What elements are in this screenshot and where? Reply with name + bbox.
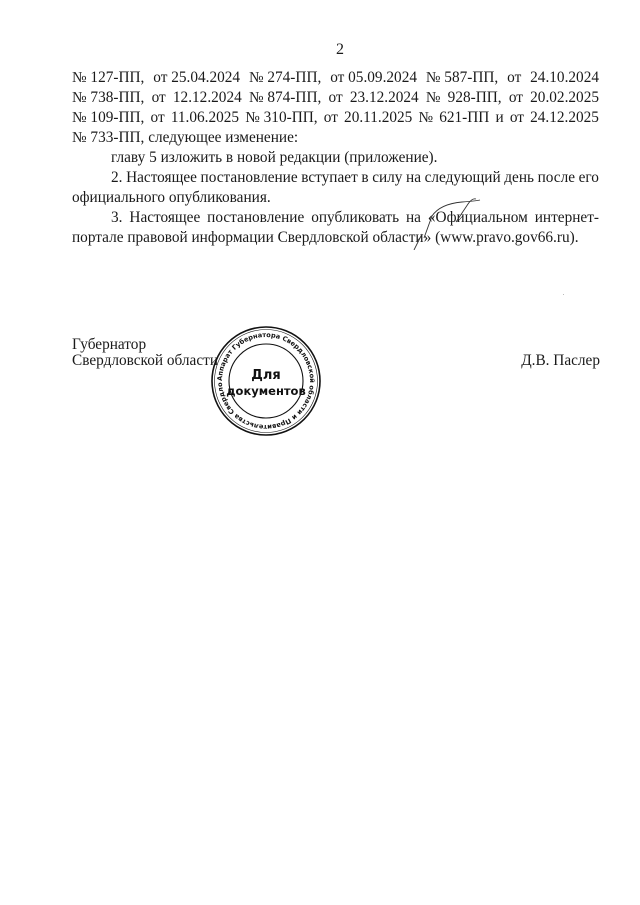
item-3-line-2: портале правовой информации Свердловской… (72, 228, 599, 248)
word: от (509, 88, 523, 108)
word: 11.06.2025 (171, 108, 239, 128)
word: № 874-ПП, (249, 88, 321, 108)
word: от (507, 68, 521, 88)
word: интернет- (535, 208, 599, 228)
word: в (361, 168, 368, 188)
decree-body: № 127-ПП,от 25.04.2024№ 274-ПП,от 05.09.… (72, 68, 599, 248)
word: постановление (201, 168, 298, 188)
decree-line-2: № 738-ПП,от12.12.2024№ 874-ПП,от23.12.20… (72, 88, 599, 108)
word: 2. (111, 168, 122, 188)
word: № 127-ПП, (72, 68, 144, 88)
word: 20.02.2025 (530, 88, 599, 108)
item-2-line-1: 2.Настоящеепостановлениевступаетвсилунас… (72, 168, 599, 188)
stamp-center-line-1: Для (251, 368, 280, 383)
item-3-line-1: 3.Настоящеепостановлениеопубликоватьна«О… (72, 208, 599, 228)
word: 23.12.2024 (350, 88, 419, 108)
word: № 274-ПП, (249, 68, 321, 88)
word: № (426, 88, 441, 108)
word: от (510, 108, 524, 128)
word: от (329, 88, 343, 108)
document-page: 2 № 127-ПП,от 25.04.2024№ 274-ПП,от 05.0… (0, 0, 640, 905)
word: № 738-ПП, (72, 88, 144, 108)
stamp-center-line-2: документов (226, 384, 305, 398)
word: после (538, 168, 575, 188)
scan-speck (563, 294, 564, 295)
word: «Официальном (428, 208, 528, 228)
decree-line-4: № 733-ПП, следующее изменение: (72, 128, 599, 148)
word: на (406, 208, 421, 228)
decree-line-1: № 127-ПП,от 25.04.2024№ 274-ПП,от 05.09.… (72, 68, 599, 88)
word: № 109-ПП, (72, 108, 144, 128)
signatory-position-line-2: Свердловской области (72, 351, 218, 371)
word: от 25.04.2024 (153, 68, 240, 88)
word: 24.12.2025 (530, 108, 599, 128)
word: 928-ПП, (448, 88, 502, 108)
word: от (151, 108, 165, 128)
signatory-name: Д.В. Паслер (521, 351, 600, 371)
word: 20.11.2025 (344, 108, 412, 128)
word: № 310-ПП, (245, 108, 317, 128)
word: и (496, 108, 504, 128)
word: от 05.09.2024 (330, 68, 417, 88)
word: от (152, 88, 166, 108)
word: на (406, 168, 421, 188)
item-2-line-2: официального опубликования. (72, 188, 599, 208)
word: вступает (301, 168, 358, 188)
word: день (504, 168, 534, 188)
word: 12.12.2024 (173, 88, 242, 108)
word: его (579, 168, 599, 188)
word: № 587-ПП, (426, 68, 498, 88)
word: постановление (207, 208, 304, 228)
word: 621-ПП (439, 108, 489, 128)
word: Настоящее (129, 208, 200, 228)
page-number: 2 (0, 40, 640, 60)
word: 24.10.2024 (530, 68, 599, 88)
word: Настоящее (126, 168, 197, 188)
word: 3. (111, 208, 122, 228)
word: опубликовать (311, 208, 399, 228)
word: № (418, 108, 433, 128)
word: силу (372, 168, 402, 188)
decree-line-3: № 109-ПП,от11.06.2025№ 310-ПП,от20.11.20… (72, 108, 599, 128)
official-stamp: Аппарат Губернатора Свердловской области… (210, 325, 322, 437)
word: от (324, 108, 338, 128)
amendment-text: главу 5 изложить в новой редакции (прило… (72, 148, 599, 168)
word: следующий (425, 168, 501, 188)
